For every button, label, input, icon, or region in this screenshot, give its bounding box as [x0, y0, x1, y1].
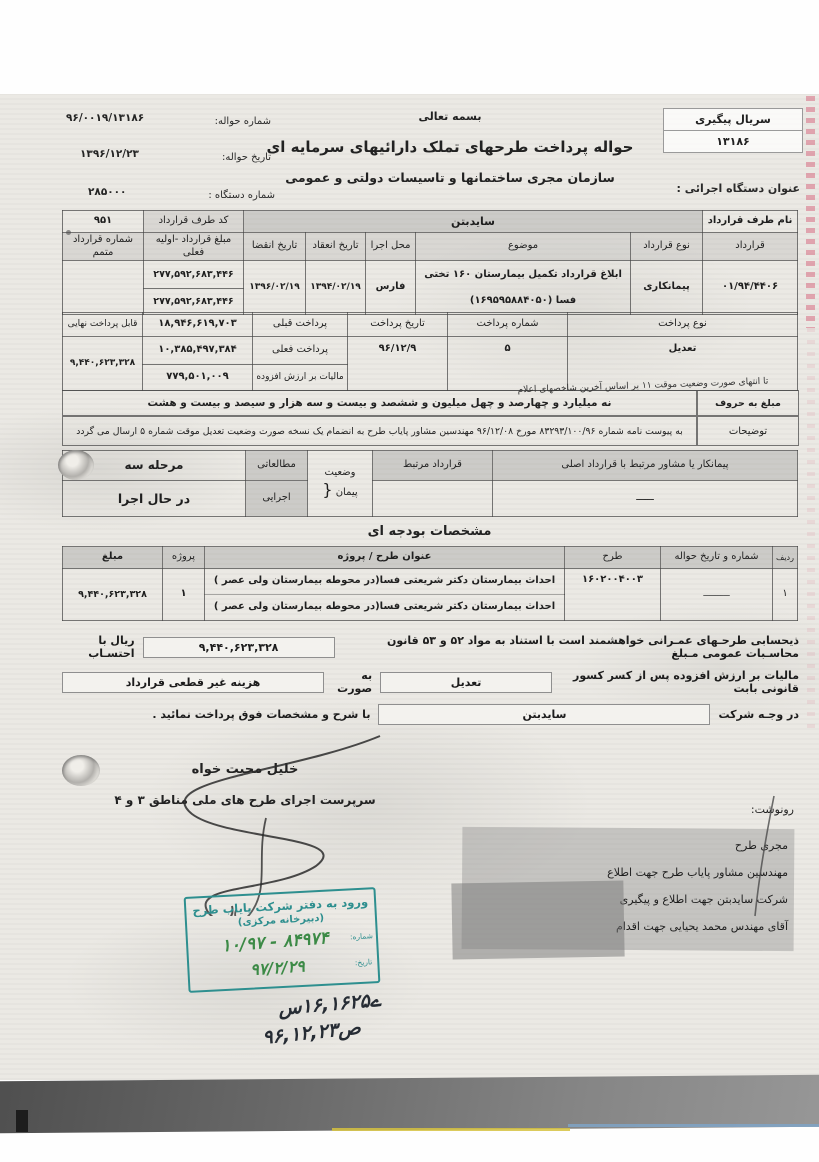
pact-study-option: مطالعاتی: [246, 451, 308, 481]
party-name-label: نام طرف قرارداد: [703, 211, 798, 233]
contract-supplement-label: شماره قرارداد متمم: [63, 233, 144, 261]
order-line1-text-a: ذیحسابی طرحـهای عمـرانی خواهشمند است با …: [343, 634, 799, 660]
order-expense-type-box: هزینه غیر قطعی قرارداد: [62, 672, 324, 693]
related-contract-label: قرارداد مرتبط: [373, 451, 493, 481]
order-line-3: در وجـه شرکت سایدبتن با شرح و مشخصات فوق…: [62, 704, 799, 725]
bismillah-text: بسمه تعالی: [250, 110, 650, 123]
punch-hole-stain: [58, 450, 94, 480]
tracking-serial-value: ۱۳۱۸۶: [664, 131, 802, 152]
ink-speck: [66, 230, 71, 235]
final-payable-value: ۹,۴۴۰,۶۲۳,۳۲۸: [63, 337, 143, 391]
stamp-date-label: تاریخ:: [355, 957, 373, 967]
execution-state-value: در حال اجرا: [63, 481, 246, 517]
dept-no-value: ۲۸۵۰۰۰: [88, 186, 178, 198]
agency-title-label: عنوان دستگاه اجرائی :: [640, 182, 800, 195]
contract-no-value: ۰۱/۹۴/۴۴۰۶: [703, 261, 798, 315]
cc-item: مجری طرح: [470, 832, 788, 859]
budget-header-plan: طرح: [565, 547, 661, 569]
organization-name: سازمان مجری ساختمانها و تاسیسات دولتی و …: [250, 170, 650, 185]
contract-subject-line2: فسا (۱۶۹۵۹۵۸۸۴۰۵۰): [416, 289, 631, 315]
current-payment-value: ۱۰,۳۸۵,۴۹۷,۳۸۴: [143, 337, 253, 365]
ref-no-value: ۹۶/۰۰۱۹/۱۳۱۸۶: [66, 112, 196, 124]
contract-type-label: نوع قرارداد: [631, 233, 703, 261]
handwritten-signature: [108, 726, 388, 916]
payment-order-sentence: ذیحسابی طرحـهای عمـرانی خواهشمند است با …: [62, 634, 799, 725]
budget-project-no: ۱: [163, 569, 205, 621]
contract-location-label: محل اجرا: [366, 233, 416, 261]
company-entry-stamp: ورود به دفتر شرکت پایاب طرح (دبیرخانه مر…: [184, 887, 381, 993]
budget-amount: ۹,۴۴۰,۶۲۳,۳۲۸: [63, 569, 163, 621]
budget-header-amount: مبلغ: [63, 547, 163, 569]
brace-glyph: {: [322, 480, 332, 499]
payment-type-label: نوع پرداخت: [568, 313, 798, 337]
status-table: پیمانکار یا مشاور مرتبط با قرارداد اصلی …: [62, 450, 798, 517]
order-line2-text-a: مالیات بر ارزش افزوده پس از کسر کسور قان…: [560, 669, 799, 695]
party-code-value: ۹۵۱: [63, 211, 144, 233]
related-party-value: ــــــ: [493, 481, 798, 517]
related-contract-value: [373, 481, 493, 517]
contract-type-value: پیمانکاری: [631, 261, 703, 315]
party-code-label: کد طرف قرارداد: [144, 211, 244, 233]
contract-sign-date-value: ۱۳۹۴/۰۲/۱۹: [306, 261, 366, 315]
budget-section-title: مشخصات بودجه ای: [62, 524, 797, 539]
previous-payment-value: ۱۸,۹۴۶,۶۱۹,۷۰۳: [143, 313, 253, 337]
amount-in-words-row: مبلغ به حروف نه میلیارد و چهارصد و چهل م…: [62, 390, 799, 416]
budget-ref-value: ـــــــــ: [661, 569, 773, 621]
document-title-block: بسمه تعالی حواله پرداخت طرحهای تملک دارا…: [250, 110, 650, 185]
budget-header-project: پروژه: [163, 547, 205, 569]
previous-payment-label: پرداخت قبلی: [253, 313, 348, 337]
contract-amount-initial: ۲۷۷,۵۹۲,۶۸۳,۴۴۶: [144, 261, 244, 289]
order-line-1: ذیحسابی طرحـهای عمـرانی خواهشمند است با …: [62, 634, 799, 660]
vat-value: ۷۷۹,۵۰۱,۰۰۹: [143, 365, 253, 391]
contract-subject-line1: ابلاغ قرارداد تکمیل بیمارستان ۱۶۰ تختی: [416, 261, 631, 289]
contract-supplement-value: [63, 261, 144, 315]
pact-status-label-2: پیمان: [336, 487, 358, 498]
ref-no-label: شماره حواله:: [203, 116, 271, 127]
description-label: توضیحات: [697, 416, 799, 446]
scan-notch-artifact: [16, 1110, 28, 1132]
current-payment-label: پرداخت فعلی: [253, 337, 348, 365]
order-payee-box: سایدبتن: [378, 704, 710, 725]
contract-no-label: قرارداد: [703, 233, 798, 261]
tracking-serial-label: سریال پیگیری: [664, 109, 802, 131]
contract-sign-date-label: تاریخ انعقاد: [306, 233, 366, 261]
budget-plan-code: ۱۶۰۲۰۰۴۰۰۳: [565, 569, 661, 621]
scan-line-artifact-blue: [568, 1124, 819, 1127]
ref-date-label: تاریخ حواله:: [203, 152, 271, 163]
contract-expiry-date-value: ۱۳۹۶/۰۲/۱۹: [244, 261, 306, 315]
ref-date-value: ۱۳۹۶/۱۲/۲۳: [80, 148, 190, 160]
order-amount-box: ۹,۴۴۰,۶۲۳,۳۲۸: [143, 637, 335, 658]
payment-date-label: تاریخ پرداخت: [348, 313, 448, 337]
handwritten-check-stroke: [752, 792, 778, 920]
order-reason-box: تعدیل: [380, 672, 552, 693]
payment-no-label: شماره پرداخت: [448, 313, 568, 337]
budget-header-ref: شماره و تاریخ حواله: [661, 547, 773, 569]
amount-in-words-value: نه میلیارد و چهارصد و چهل میلیون و ششصد …: [62, 390, 697, 416]
order-line3-text-b: با شرح و مشخصات فوق پرداخت نمائید .: [152, 708, 370, 721]
page-title: حواله پرداخت طرحهای تملک دارائیهای سرمای…: [250, 138, 650, 156]
pact-status-cell: وضعیت پیمان {: [308, 451, 373, 517]
contract-subject-label: موضوع: [416, 233, 631, 261]
tracking-serial-box: سریال پیگیری ۱۳۱۸۶: [663, 108, 803, 153]
contract-amount-current: ۲۷۷,۵۹۲,۶۸۳,۴۴۶: [144, 289, 244, 315]
related-party-label: پیمانکار یا مشاور مرتبط با قرارداد اصلی: [493, 451, 798, 481]
budget-table: ردیف شماره و تاریخ حواله طرح عنوان طرح /…: [62, 546, 798, 621]
budget-header-row: ردیف: [773, 547, 798, 569]
order-line-2: مالیات بر ارزش افزوده پس از کسر کسور قان…: [62, 669, 799, 695]
order-line1-text-b: ریال با احتسـاب: [62, 634, 135, 660]
budget-project-name-line1: احداث بیمارستان دکتر شریعتی فسا(در محوطه…: [205, 569, 565, 595]
final-payable-label: قابل پرداخت نهایی: [63, 313, 143, 337]
payment-no-value: ۵: [448, 337, 568, 391]
order-line3-text-a: در وجـه شرکت: [718, 708, 799, 721]
party-name-value: سایدبتن: [244, 211, 703, 233]
scan-edge-artifact: [806, 96, 815, 328]
scan-blotch: [451, 881, 624, 960]
scan-line-artifact-yellow: [332, 1128, 570, 1131]
description-text: به پیوست نامه شماره ۸۳۲۹۳/۱۰۰/۹۶ مورخ ۹۶…: [62, 416, 697, 446]
payment-date-value: ۹۶/۱۲/۹: [348, 337, 448, 391]
dept-no-label: شماره دستگاه :: [195, 190, 275, 201]
budget-header-name: عنوان طرح / پروژه: [205, 547, 565, 569]
contract-amount-label: مبلغ قرارداد -اولیه فعلی: [144, 233, 244, 261]
contract-location-value: فارس: [366, 261, 416, 315]
contract-table: نام طرف قرارداد سایدبتن کد طرف قرارداد ۹…: [62, 210, 798, 315]
budget-project-name-line2: احداث بیمارستان دکتر شریعتی فسا(در محوطه…: [205, 595, 565, 621]
scan-edge-artifact: [807, 328, 815, 728]
punch-hole-stain: [62, 755, 100, 786]
amount-in-words-label: مبلغ به حروف: [697, 390, 799, 416]
order-line2-text-b: به صورت: [332, 669, 372, 695]
scanned-payment-order-page: سریال پیگیری ۱۳۱۸۶ عنوان دستگاه اجرائی :…: [0, 0, 819, 1162]
budget-row-no: ۱: [773, 569, 798, 621]
pact-status-label-1: وضعیت: [325, 467, 356, 478]
stamp-entry-date: ۹۷/۲/۲۹: [217, 954, 338, 981]
description-row: توضیحات به پیوست نامه شماره ۸۳۲۹۳/۱۰۰/۹۶…: [62, 416, 799, 446]
contract-expiry-date-label: تاریخ انقضا: [244, 233, 306, 261]
pact-exec-option: اجرایی: [246, 481, 308, 517]
vat-label: مالیات بر ارزش افزوده: [253, 365, 348, 391]
